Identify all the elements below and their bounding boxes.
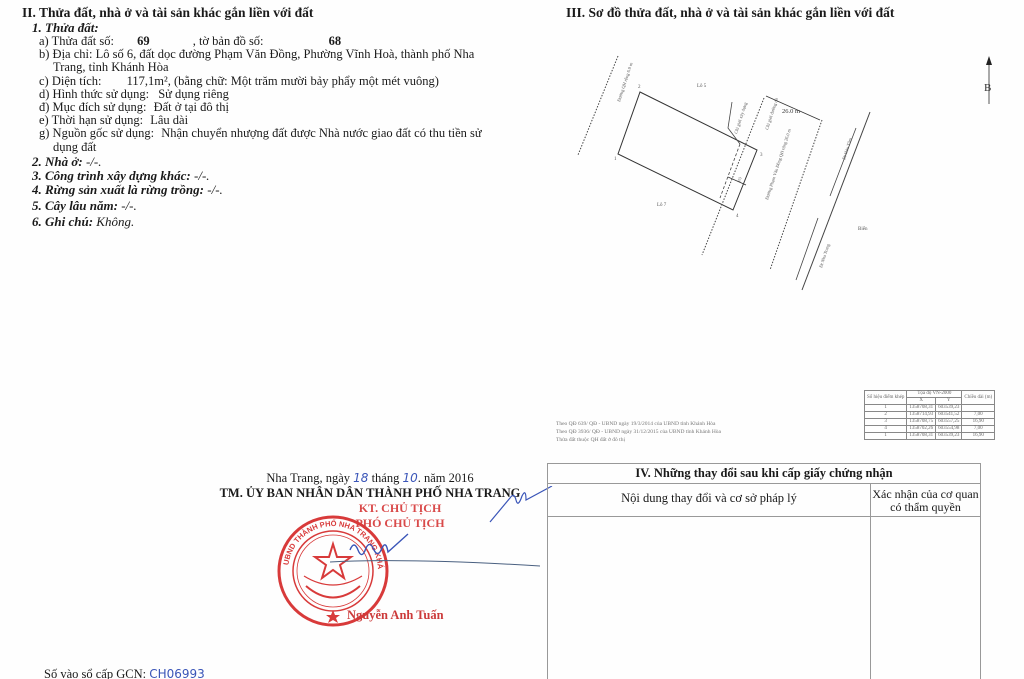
- area-value: 117,1m², (bằng chữ: Một trăm mười bảy ph…: [127, 74, 439, 88]
- table-row: 31358708,75603557,2516,90: [865, 419, 995, 426]
- note-row: 6. Ghi chú: Không.: [32, 215, 522, 229]
- table-row: 41358702,26603554,987,00: [865, 426, 995, 433]
- authority-confirmation-header: Xác nhận của cơ quan có thẩm quyền: [871, 484, 980, 516]
- issue-date: Nha Trang, ngày 18 tháng 10. năm 2016: [200, 470, 540, 486]
- north-label: B: [984, 82, 991, 94]
- table-row: 11358708,31603539,23: [865, 405, 995, 412]
- sea-label: Biển: [858, 226, 868, 232]
- table-row: 21358714,93603541,527,00: [865, 412, 995, 419]
- signature-icon: [330, 528, 540, 578]
- north-arrow-icon: B: [984, 56, 992, 104]
- street-top-label: Đt Hòn Tằm: [841, 137, 853, 161]
- point-4-label: 4: [736, 214, 739, 219]
- perennial-row: 5. Cây lâu năm: -/-.: [32, 199, 522, 213]
- changes-table: IV. Những thay đổi sau khi cấp giấy chứn…: [547, 463, 981, 679]
- address-value: Lô số 6, đất dọc đường Phạm Văn Đồng, Ph…: [96, 47, 475, 61]
- initial-mark-icon: [484, 486, 554, 526]
- road-width-label: 26.0 m: [782, 108, 800, 115]
- parcel-diagram: Đường QH rộng 6.0 m 2 1 3 4 Lô 5 Lô 7 Ch…: [540, 30, 1024, 420]
- other-works-row: 3. Công trình xây dựng khác: -/-.: [32, 169, 522, 183]
- signer-name: Nguyễn Anh Tuấn: [347, 608, 444, 623]
- land-heading: 1. Thửa đất:: [32, 21, 522, 35]
- authority-confirmation-cell: [871, 517, 980, 679]
- coordinate-table: Số hiệu điểm khép Tọa độ VN-2000 Chiều d…: [864, 390, 995, 440]
- change-content-cell: [548, 517, 871, 679]
- registry-number: Số vào sổ cấp GCN: CH06993: [44, 667, 205, 679]
- road-line-label: Chỉ giới đường đỏ: [764, 97, 779, 131]
- point-3-label: 3: [760, 153, 763, 158]
- lot-north-label: Lô 5: [697, 84, 707, 89]
- change-content-header: Nội dung thay đổi và cơ sở pháp lý: [548, 484, 871, 516]
- parcel-number: 69: [137, 34, 150, 48]
- section4-title: IV. Những thay đổi sau khi cấp giấy chứn…: [548, 464, 980, 484]
- point-1-label: 1: [614, 157, 617, 162]
- table-row: 11358708,31603539,2316,90: [865, 433, 995, 440]
- section-land-info: II. Thửa đất, nhà ở và tài sản khác gắn …: [22, 4, 522, 229]
- section3-title: III. Sơ đồ thửa đất, nhà ở và tài sản kh…: [566, 4, 894, 21]
- build-line-label: Chỉ giới xây dựng: [733, 101, 748, 134]
- map-number: 68: [329, 34, 342, 48]
- origin-row: g) Nguồn gốc sử dụng: Nhận chuyển nhượng…: [39, 127, 522, 140]
- street-bottom-label: Đt Nha Trang: [818, 243, 831, 269]
- lot-south-label: Lô 7: [657, 203, 667, 208]
- point-2-label: 2: [638, 85, 641, 90]
- road-west-label: Đường QH rộng 6.0 m: [616, 61, 634, 102]
- setback-label: (6): [736, 176, 742, 183]
- section2-title: II. Thửa đất, nhà ở và tài sản khác gắn …: [22, 4, 522, 21]
- forest-row: 4. Rừng sản xuất là rừng trồng: -/-.: [32, 183, 522, 197]
- legal-notes: Theo QĐ 639/ QĐ - UBND ngày 19/3/2014 củ…: [556, 420, 721, 444]
- house-row: 2. Nhà ở: -/-.: [32, 155, 522, 169]
- road-east-label: Đường Phạm Văn Đồng QH rộng 26.0 m: [764, 128, 792, 201]
